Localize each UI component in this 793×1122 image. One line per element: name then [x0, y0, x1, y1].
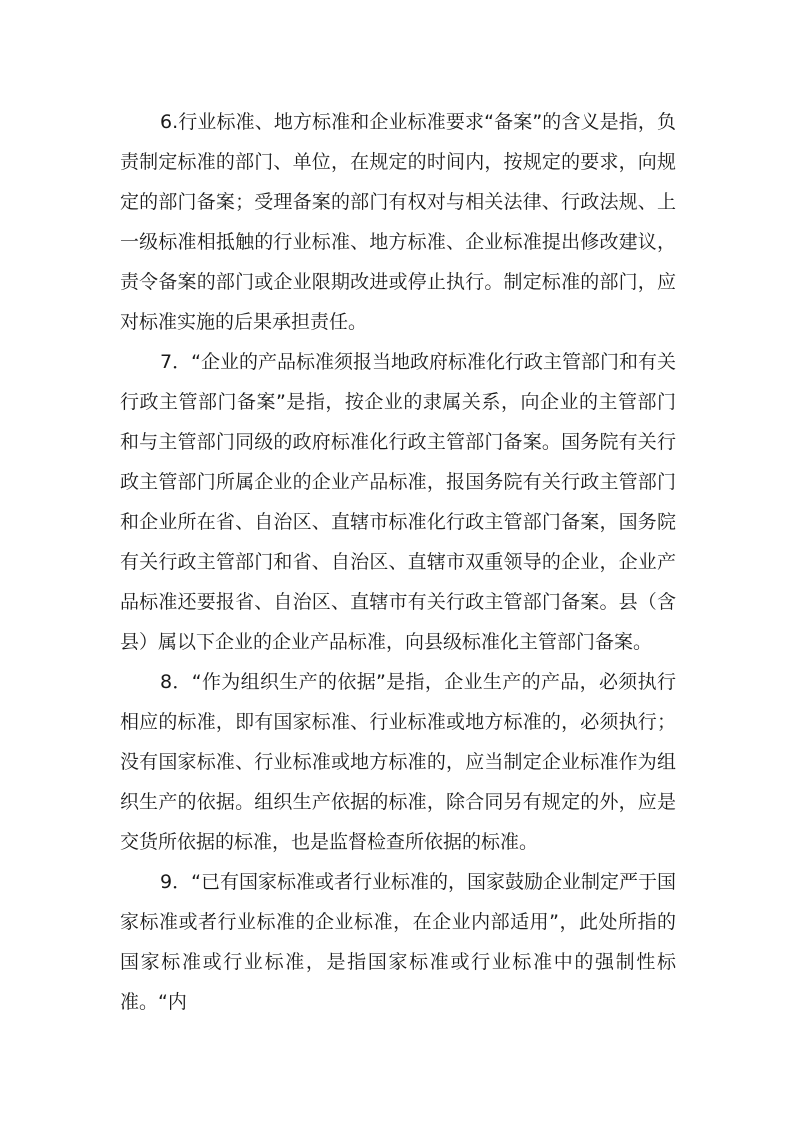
document-page: 6.行业标准、地方标准和企业标准要求“备案”的含义是指，负责制定标准的部门、单位…	[120, 102, 676, 1022]
paragraph-item-7: 7．“企业的产品标准须报当地政府标准化行政主管部门和有关行政主管部门备案”是指，…	[120, 342, 676, 662]
paragraph-item-9: 9．“已有国家标准或者行业标准的，国家鼓励企业制定严于国家标准或者行业标准的企业…	[120, 862, 676, 1022]
paragraph-item-8: 8．“作为组织生产的依据”是指，企业生产的产品，必须执行相应的标准，即有国家标准…	[120, 662, 676, 862]
paragraph-item-6: 6.行业标准、地方标准和企业标准要求“备案”的含义是指，负责制定标准的部门、单位…	[120, 102, 676, 342]
